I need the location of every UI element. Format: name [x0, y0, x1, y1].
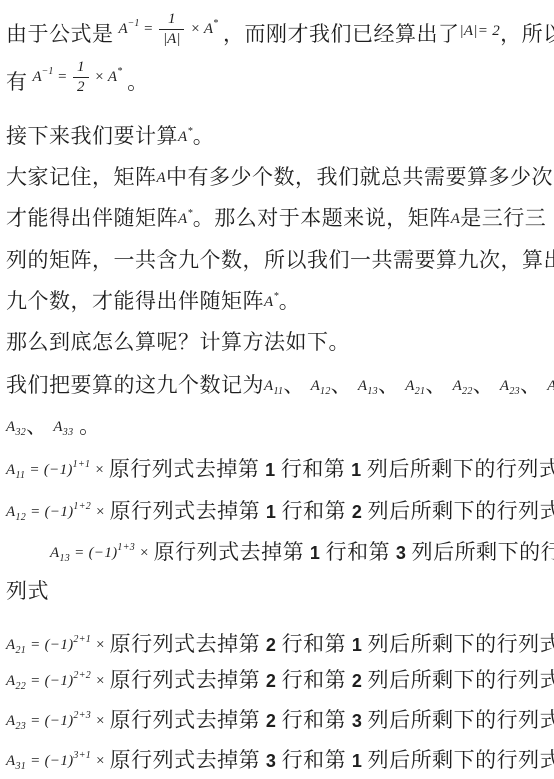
text-run: 、	[520, 373, 547, 397]
subscript: 22	[462, 386, 473, 397]
formula-line: A13 = (−1)1+3 × 原行列式去掉第 1 行和第 3 列后所剩下的行	[50, 532, 554, 573]
math-run: |A|= 2	[459, 23, 500, 39]
fraction-denominator: |A|	[159, 29, 184, 47]
text-run: 我们把要算的这九个数记为	[6, 373, 264, 397]
digit: 3	[266, 751, 276, 771]
math-run: A21 = (−1)2+1 ×	[6, 637, 110, 653]
document-page: 由于公式是A−1 = 1|A| × A*，而刚才我们已经算出了|A|= 2，所以…	[0, 0, 554, 779]
text-line: 九个数，才能得出伴随矩阵A*。	[6, 281, 300, 322]
math-run: A12 = (−1)1+2 ×	[6, 504, 110, 520]
text-run: ，所以	[500, 22, 554, 46]
subscript: 12	[320, 386, 331, 397]
superscript: 3+1	[73, 750, 91, 761]
text-run: 中有多少个数，我们就总共需要算多少次	[166, 165, 553, 189]
digit: 1	[352, 635, 362, 655]
text-run: 原行列式去掉第 1 行和第 2 列后所剩下的行列式	[110, 499, 554, 523]
text-run: 是三行三	[460, 206, 546, 230]
math-fraction: A−1 = 12 × A*	[33, 60, 123, 95]
subscript: 13	[367, 386, 378, 397]
superscript: 1+1	[73, 459, 91, 470]
text-run: 原行列式去掉第 2 行和第 1 列后所剩下的行列式	[110, 632, 554, 656]
digit: 2	[352, 502, 362, 522]
subscript: 23	[15, 721, 26, 732]
text-run: 列的矩阵，一共含九个数，所以我们一共需要算九次，算出	[6, 248, 554, 272]
math-run: A11 = (−1)1+1 ×	[6, 462, 109, 478]
formula-line: A31 = (−1)3+1 × 原行列式去掉第 3 行和第 1 列后所剩下的行列…	[6, 740, 554, 779]
subscript: 33	[63, 427, 74, 438]
fraction-numerator: 1	[164, 12, 180, 29]
text-run: 。	[279, 289, 301, 313]
text-run: 、	[26, 414, 53, 438]
text-run: 。	[193, 124, 215, 148]
text-run: 才能得出伴随矩阵	[6, 206, 178, 230]
text-line: 有A−1 = 12 × A*。	[6, 58, 149, 106]
text-run: 原行列式去掉第 3 行和第 1 列后所剩下的行列式	[110, 748, 554, 772]
math-run: A31 = (−1)3+1 ×	[6, 753, 110, 769]
superscript: 1+3	[117, 542, 135, 553]
formula-line: A11 = (−1)1+1 × 原行列式去掉第 1 行和第 1 列后所剩下的行列…	[6, 449, 554, 490]
math-run: A	[157, 170, 166, 186]
digit: 1	[351, 460, 361, 480]
digit: 3	[396, 543, 406, 563]
superscript: 2+2	[73, 670, 91, 681]
digit: 2	[266, 671, 276, 691]
math-run: A13	[358, 378, 378, 394]
text-run: 原行列式去掉第 1 行和第 1 列后所剩下的行列式	[109, 457, 554, 481]
digit: 1	[352, 751, 362, 771]
fraction-denominator: 2	[73, 77, 89, 95]
fraction-stack: 12	[73, 60, 89, 95]
subscript: 13	[59, 553, 70, 564]
text-run: 列式	[6, 579, 49, 603]
fraction-rhs: × A*	[186, 21, 218, 38]
text-run: 、	[473, 373, 500, 397]
math-run: A11	[264, 378, 283, 394]
math-run: A*	[264, 294, 279, 310]
math-run: A23	[500, 378, 520, 394]
math-run: A*	[178, 129, 193, 145]
subscript: 21	[415, 386, 426, 397]
math-fraction: A−1 = 1|A| × A*	[119, 12, 218, 47]
text-line: 才能得出伴随矩阵A*。那么对于本题来说，矩阵A是三行三	[6, 198, 546, 239]
text-run: 接下来我们要计算	[6, 124, 178, 148]
math-run: A22	[453, 378, 473, 394]
math-run: A31	[547, 378, 554, 394]
superscript: 2+3	[73, 710, 91, 721]
math-run: A33	[53, 419, 73, 435]
text-run: 那么到底怎么算呢？计算方法如下。	[6, 330, 350, 354]
digit: 2	[266, 635, 276, 655]
text-run: 有	[6, 70, 28, 94]
digit: 2	[266, 711, 276, 731]
subscript: 31	[15, 761, 26, 772]
superscript: −1	[128, 18, 140, 29]
text-run: 。	[127, 70, 149, 94]
math-run: A13 = (−1)1+3 ×	[50, 545, 154, 561]
math-run: A*	[178, 211, 193, 227]
fraction-lhs: A−1 =	[33, 69, 72, 86]
formula-line: A22 = (−1)2+2 × 原行列式去掉第 2 行和第 2 列后所剩下的行列…	[6, 660, 554, 701]
fraction-rhs: × A*	[91, 69, 123, 86]
text-run: ，而刚才我们已经算出了	[223, 22, 460, 46]
text-run: 、	[378, 373, 405, 397]
digit: 1	[265, 460, 275, 480]
text-line: 列式	[6, 571, 49, 612]
text-line: 大家记住，矩阵A中有多少个数，我们就总共需要算多少次	[6, 157, 553, 198]
math-run: A12	[311, 378, 331, 394]
superscript: 1+2	[73, 501, 91, 512]
text-run: 。	[73, 414, 100, 438]
text-run: 由于公式是	[6, 22, 114, 46]
text-run: 。那么对于本题来说，矩阵	[193, 206, 451, 230]
text-run: 、	[331, 373, 358, 397]
text-line: 由于公式是A−1 = 1|A| × A*，而刚才我们已经算出了|A|= 2，所以	[6, 6, 554, 56]
math-run: A	[451, 211, 460, 227]
subscript: 22	[15, 681, 26, 692]
text-run: 、	[425, 373, 452, 397]
subscript: 11	[15, 470, 25, 481]
superscript: *	[117, 66, 122, 77]
fraction-numerator: 1	[73, 60, 89, 77]
text-run: 原行列式去掉第 1 行和第 3 列后所剩下的行	[154, 540, 554, 564]
subscript: 12	[15, 512, 26, 523]
math-run: A32	[6, 419, 26, 435]
superscript: *	[213, 18, 218, 29]
subscript: 21	[15, 645, 26, 656]
text-line: 列的矩阵，一共含九个数，所以我们一共需要算九次，算出	[6, 240, 554, 281]
math-run: A21	[405, 378, 425, 394]
superscript: −1	[42, 66, 54, 77]
math-run: A23 = (−1)2+3 ×	[6, 713, 110, 729]
subscript: 11	[273, 386, 283, 397]
fraction-lhs: A−1 =	[119, 21, 158, 38]
text-run: 大家记住，矩阵	[6, 165, 157, 189]
text-run: 原行列式去掉第 2 行和第 2 列后所剩下的行列式	[110, 668, 554, 692]
text-line: A32、 A33 。	[6, 406, 101, 447]
subscript: 23	[509, 386, 520, 397]
fraction-stack: 1|A|	[159, 12, 184, 47]
math-run: A22 = (−1)2+2 ×	[6, 673, 110, 689]
text-run: 九个数，才能得出伴随矩阵	[6, 289, 264, 313]
subscript: 32	[15, 427, 26, 438]
text-line: 那么到底怎么算呢？计算方法如下。	[6, 322, 350, 363]
digit: 2	[352, 671, 362, 691]
text-run: 、	[283, 373, 310, 397]
formula-line: A23 = (−1)2+3 × 原行列式去掉第 2 行和第 3 列后所剩下的行列…	[6, 700, 554, 741]
text-line: 接下来我们要计算A*。	[6, 116, 214, 157]
digit: 1	[266, 502, 276, 522]
text-line: 我们把要算的这九个数记为A11、 A12、 A13、 A21、 A22、 A23…	[6, 365, 554, 406]
digit: 3	[352, 711, 362, 731]
digit: 1	[310, 543, 320, 563]
text-run: 原行列式去掉第 2 行和第 3 列后所剩下的行列式	[110, 708, 554, 732]
formula-line: A12 = (−1)1+2 × 原行列式去掉第 1 行和第 2 列后所剩下的行列…	[6, 491, 554, 532]
superscript: 2+1	[73, 634, 91, 645]
formula-line: A21 = (−1)2+1 × 原行列式去掉第 2 行和第 1 列后所剩下的行列…	[6, 624, 554, 665]
